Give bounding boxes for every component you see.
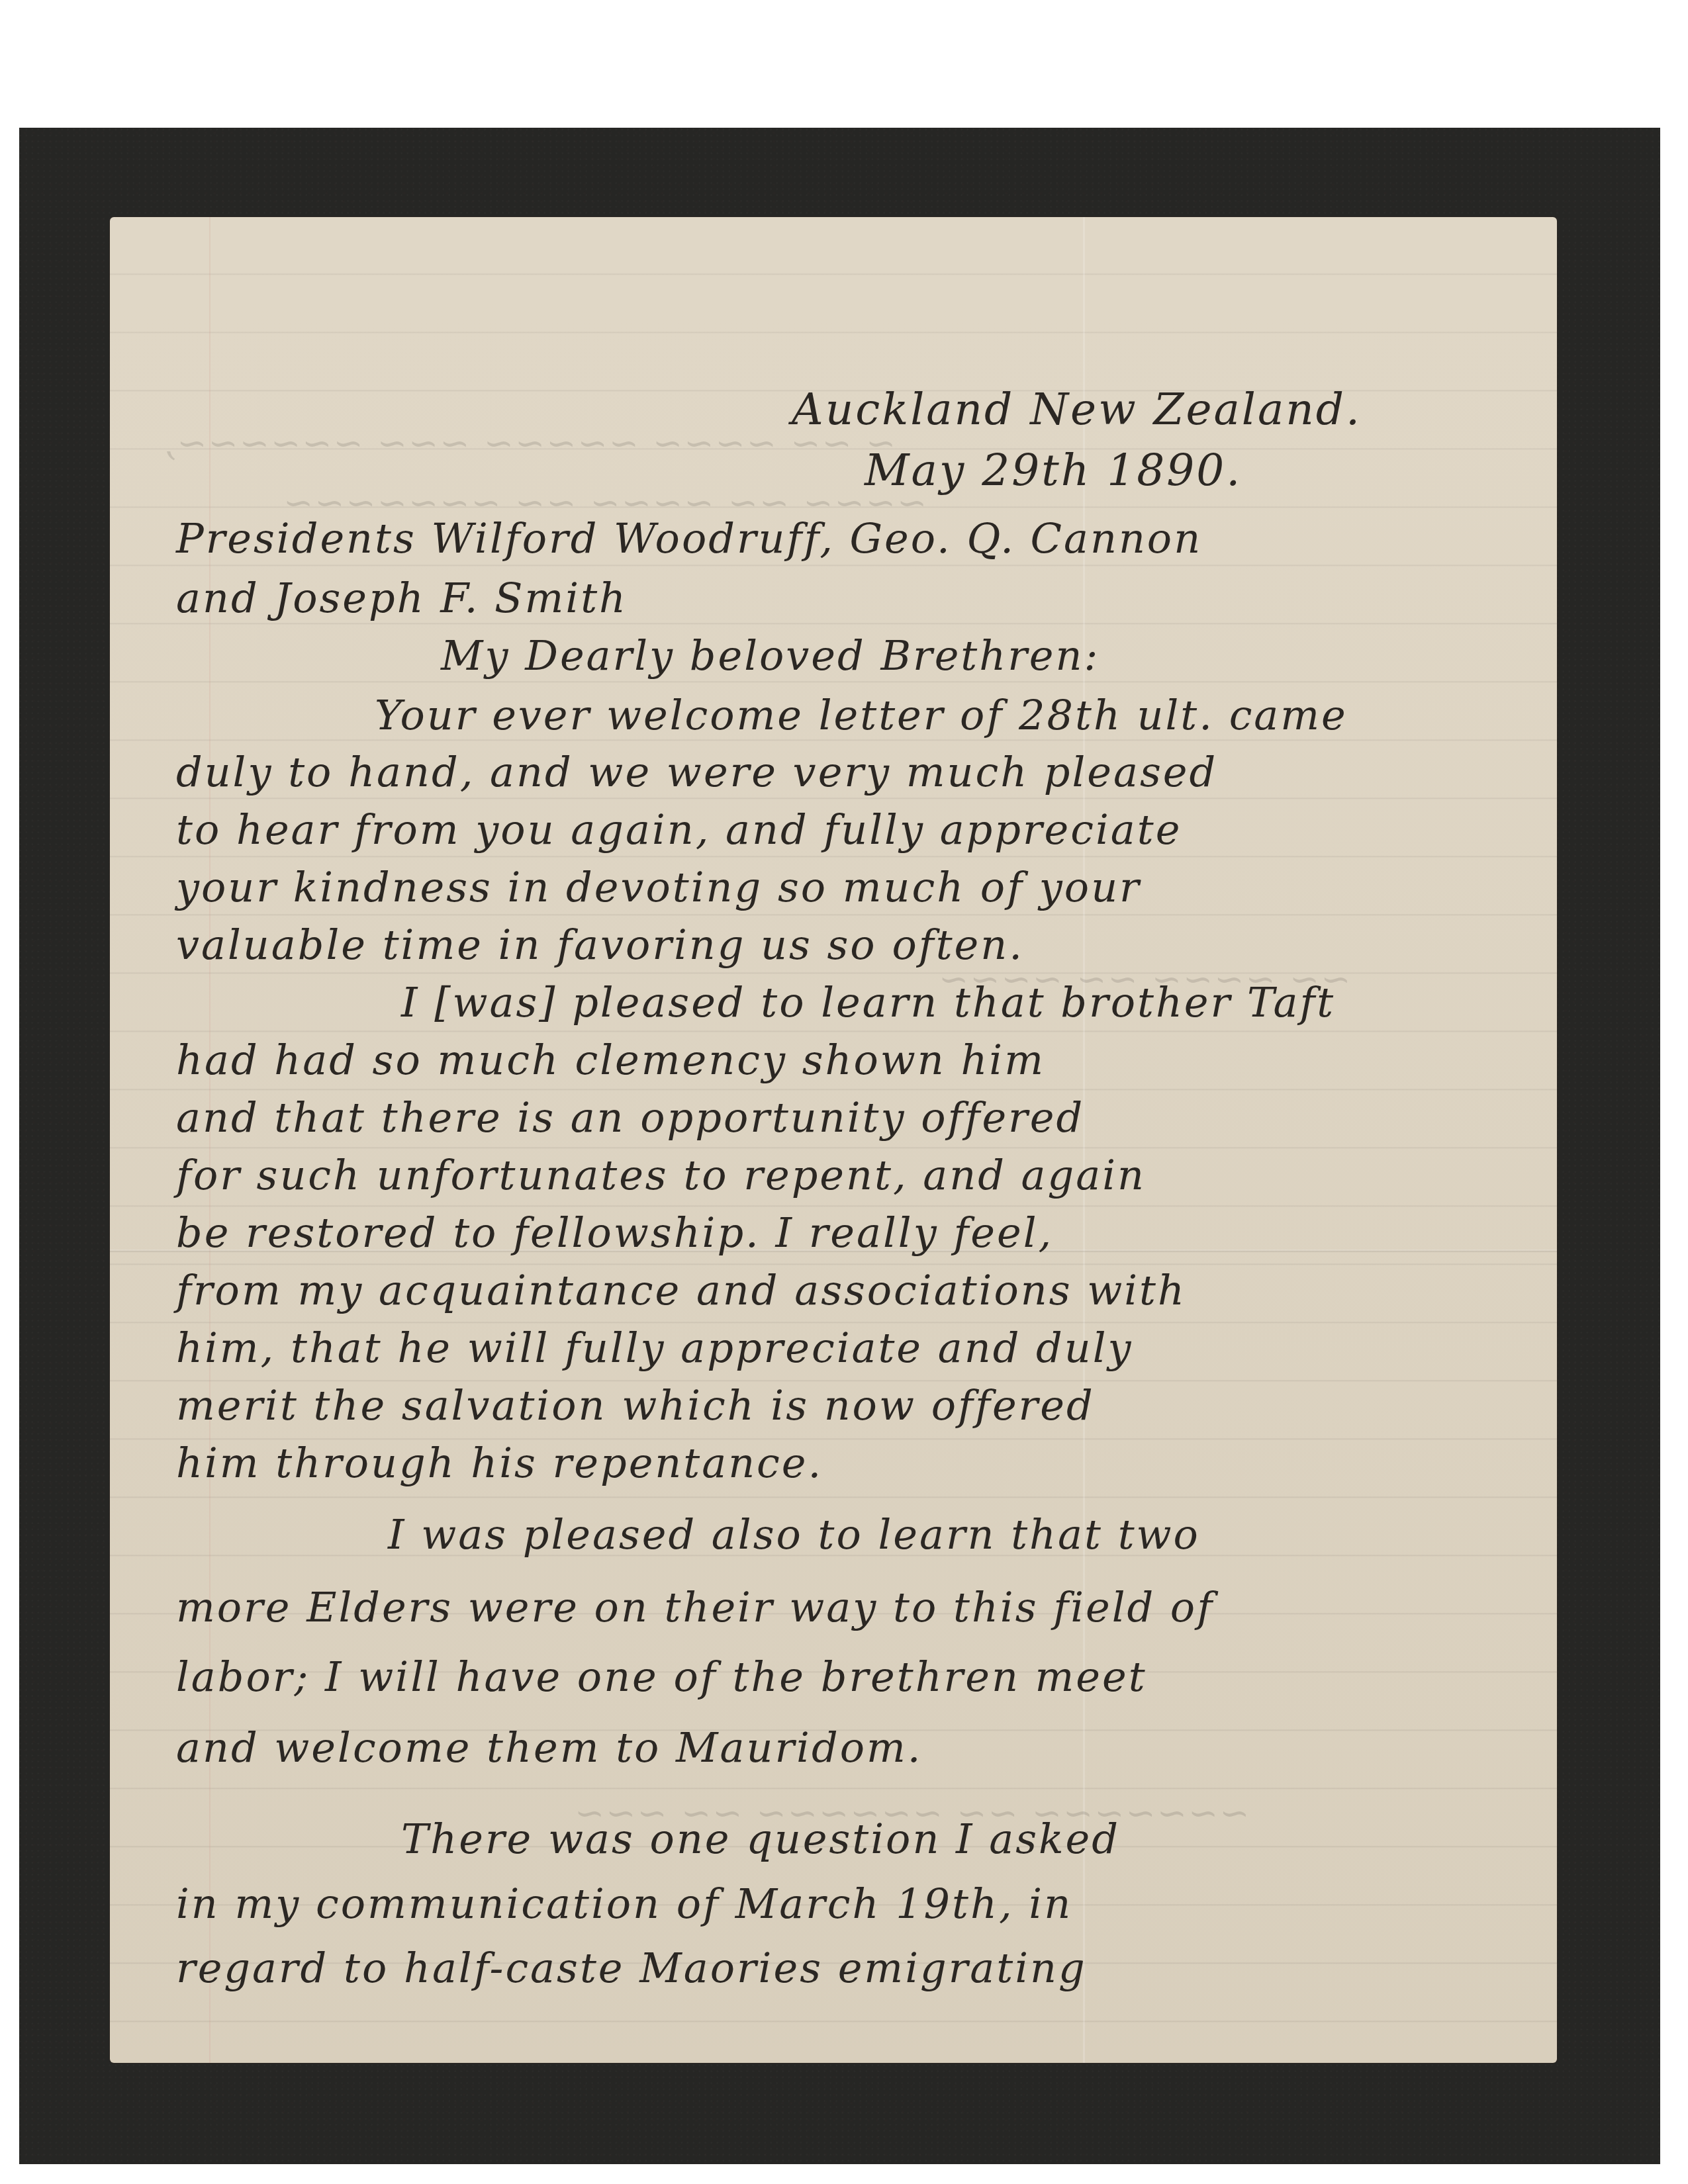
letter-body-line: duly to hand, and we were very much plea… (176, 752, 1217, 793)
letter-body-line: and that there is an opportunity offered (176, 1097, 1084, 1138)
letter-body-line: to hear from you again, and fully apprec… (176, 809, 1182, 850)
letter-salutation: My Dearly beloved Brethren: (441, 635, 1100, 676)
letter-body-line: more Elders were on their way to this fi… (176, 1587, 1214, 1628)
letter-body-line: in my communication of March 19th, in (176, 1884, 1072, 1925)
letter-place: Auckland New Zealand. (792, 388, 1362, 432)
letter-addressee-line-1: Presidents Wilford Woodruff, Geo. Q. Can… (176, 518, 1202, 559)
letter-body-line: There was one question I asked (401, 1819, 1120, 1860)
letter-body-line: your kindness in devoting so much of you… (176, 867, 1141, 908)
letter-body-line: labor; I will have one of the brethren m… (176, 1657, 1147, 1698)
letter-date: May 29th 1890. (865, 449, 1242, 492)
letter-page: ~ ~~ ~~~~ ~~~~~ ~~~ ~~~~~~, ~~~~ ~~ ~~~~… (110, 217, 1557, 2063)
letter-body-line: I [was] pleased to learn that brother Ta… (401, 982, 1335, 1023)
letter-body-line: merit the salvation which is now offered (176, 1385, 1095, 1426)
letter-body-line: Your ever welcome letter of 28th ult. ca… (375, 695, 1348, 736)
letter-body-line: valuable time in favoring us so often. (176, 925, 1024, 966)
bleed-through-text: ~ ~~ ~~~~ ~~~~~ ~~~ ~~~~~~, (163, 422, 896, 464)
letter-body-line: and welcome them to Mauridom. (176, 1727, 922, 1768)
letter-body-line: I was pleased also to learn that two (388, 1514, 1200, 1555)
letter-body-line: from my acquaintance and associations wi… (176, 1270, 1186, 1311)
letter-body-line: for such unfortunates to repent, and aga… (176, 1155, 1146, 1196)
letter-body-line: him, that he will fully appreciate and d… (176, 1328, 1133, 1369)
letter-body-line: had had so much clemency shown him (176, 1040, 1045, 1081)
letter-addressee-line-2: and Joseph F. Smith (176, 578, 628, 619)
letter-body-line: regard to half-caste Maories emigrating (176, 1948, 1087, 1989)
letter-body-line: be restored to fellowship. I really feel… (176, 1212, 1053, 1253)
letter-body-line: him through his repentance. (176, 1443, 823, 1484)
